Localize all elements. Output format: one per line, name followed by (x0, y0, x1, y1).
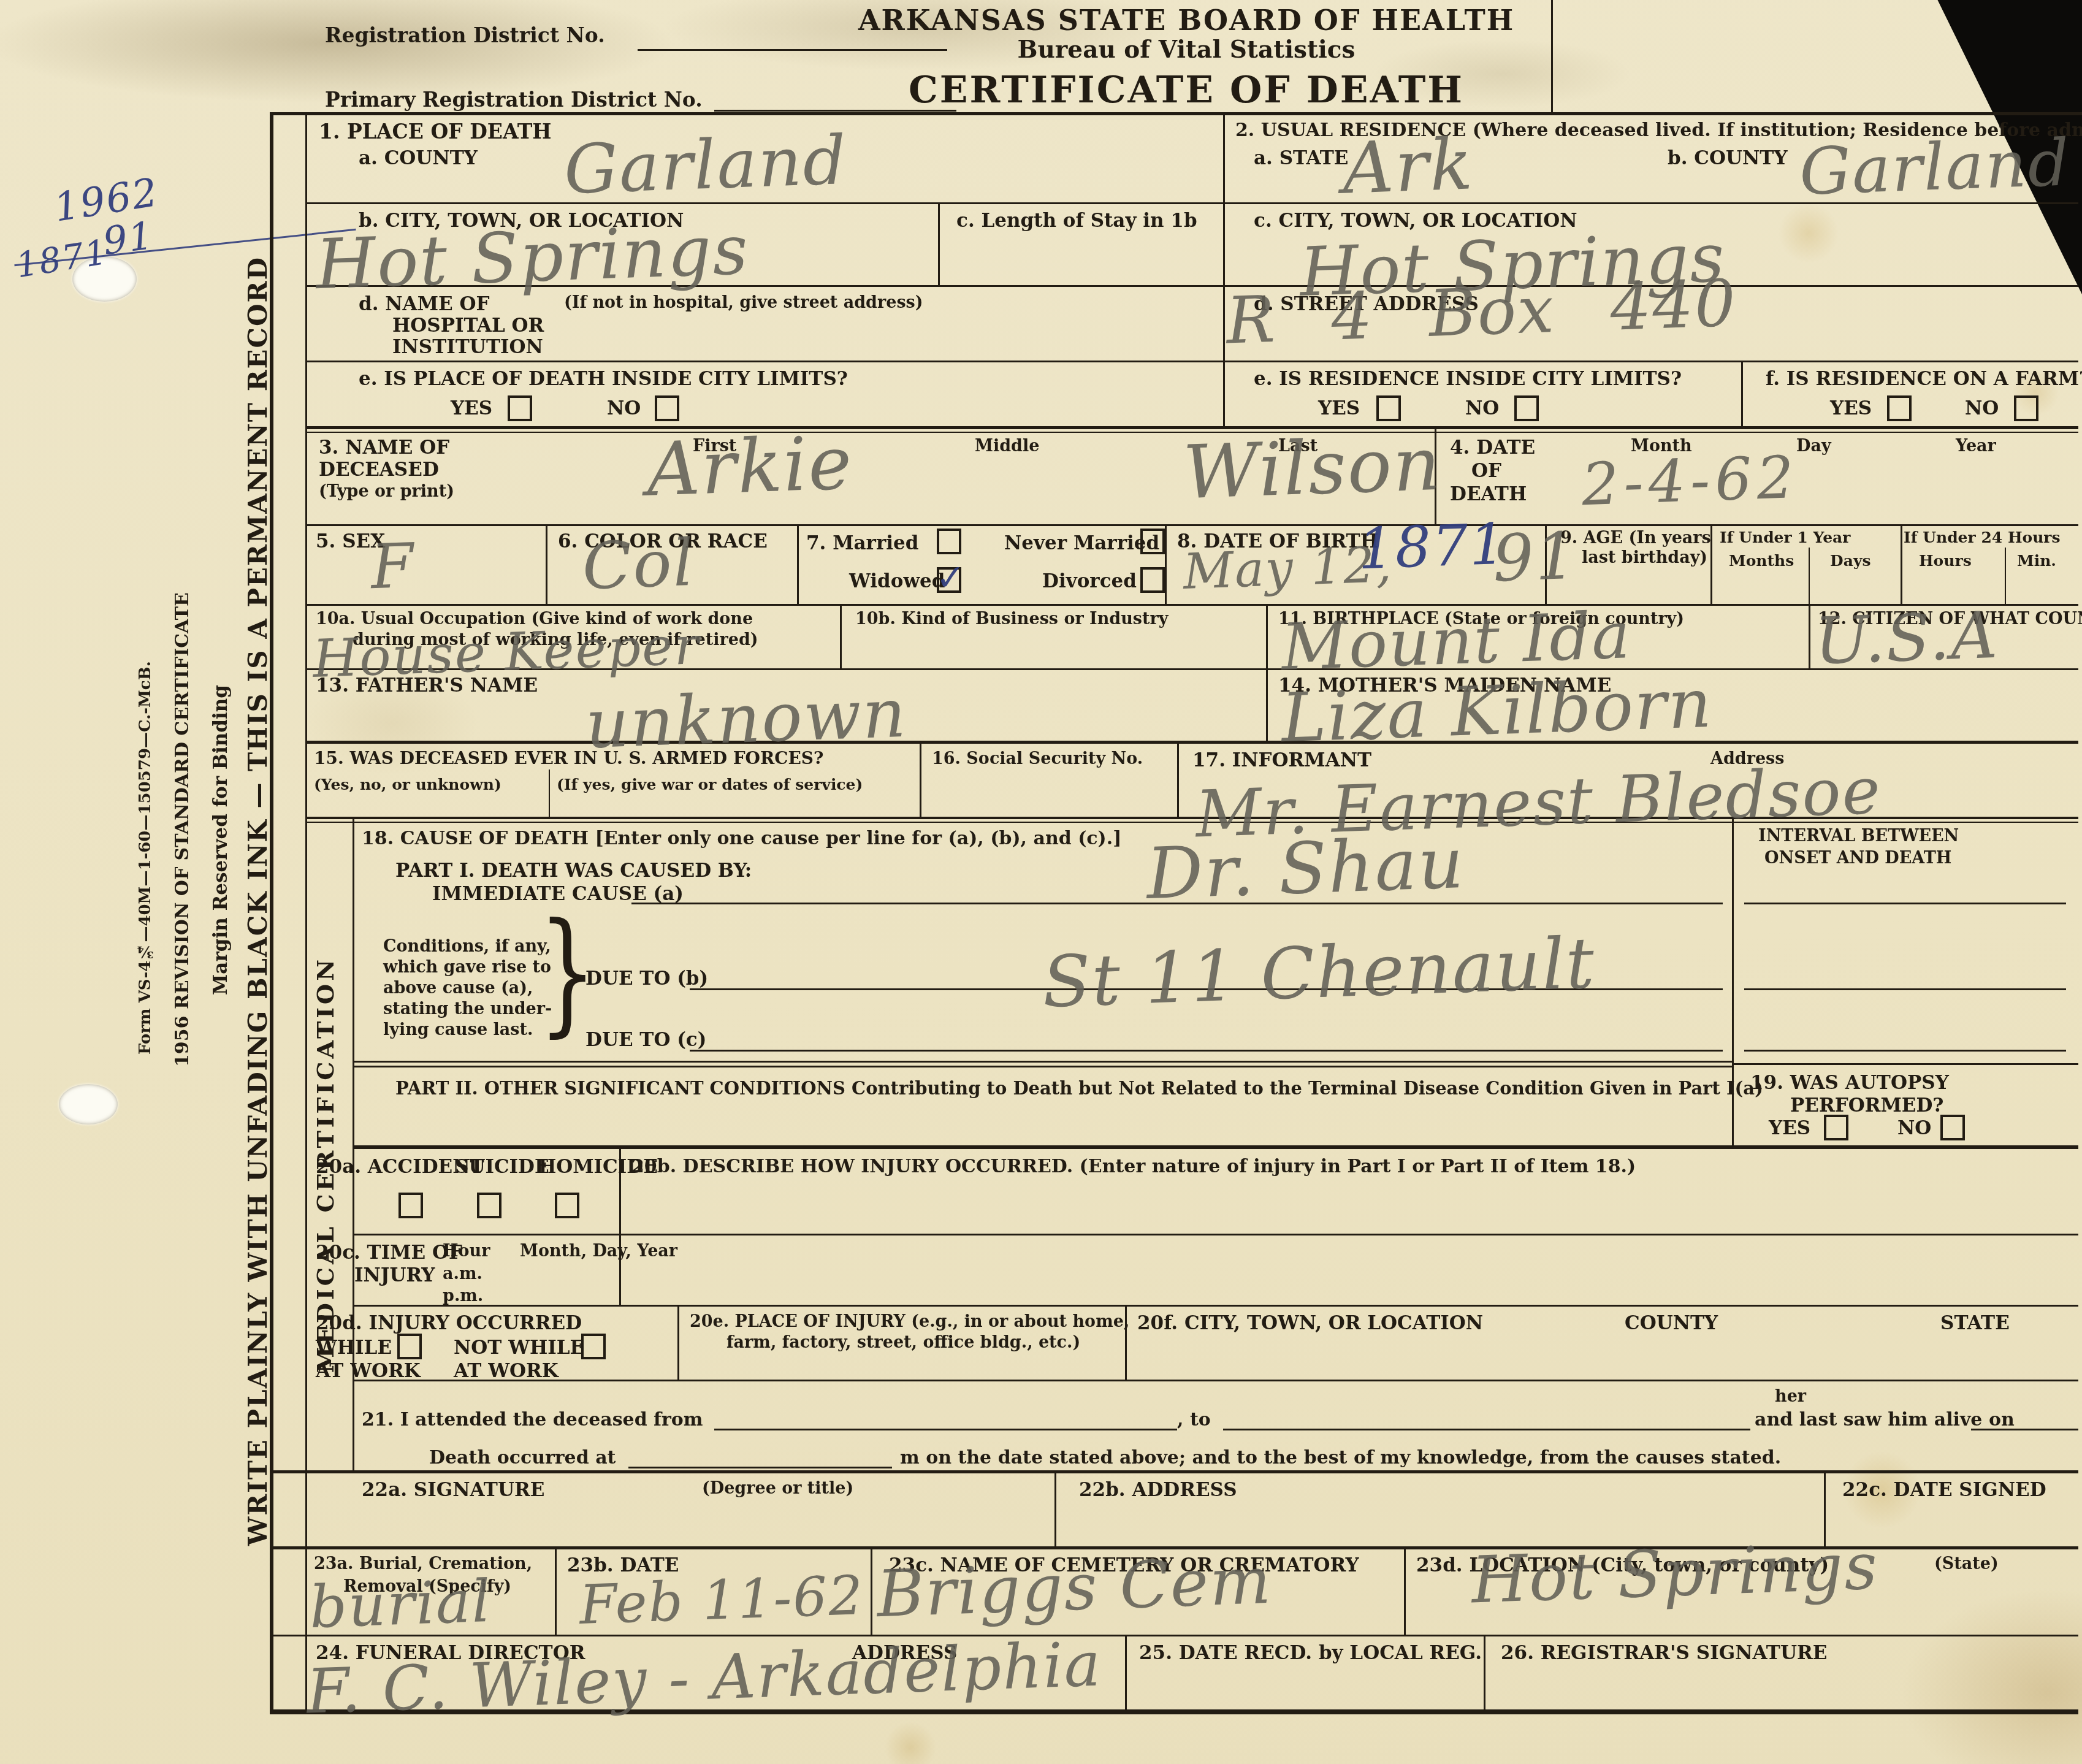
month-day-year-label: Month, Day, Year (520, 1242, 677, 1261)
death-city-limits-label: e. IS PLACE OF DEATH INSIDE CITY LIMITS? (359, 368, 848, 390)
autopsy-no: NO (1897, 1117, 1931, 1139)
rule-row21 (353, 1380, 2078, 1381)
while-label: WHILE (316, 1337, 392, 1359)
residence-state-value: Ark (1341, 123, 1475, 210)
city-town-value: Hot Springs (315, 210, 750, 305)
married-label: 7. Married (806, 532, 918, 554)
autopsy-yes: YES (1769, 1117, 1810, 1139)
date-signed-label: 22c. DATE SIGNED (1842, 1479, 2046, 1501)
not-while-label: NOT WHILE (454, 1337, 584, 1359)
first-name-value: Arkie (646, 421, 855, 513)
attended-label: 21. I attended the deceased from (362, 1409, 703, 1430)
age-label-2: last birthday) (1582, 548, 1707, 567)
due-to-c-label: DUE TO (c) (585, 1029, 706, 1051)
name-of-deceased-label-3: (Type or print) (319, 482, 454, 501)
while-at-work-checkbox (397, 1334, 422, 1359)
autopsy-no-checkbox (1940, 1115, 1965, 1140)
v-2e-2f (1741, 361, 1743, 429)
v-s5-s6 (546, 524, 547, 604)
place-of-death-label: 1. PLACE OF DEATH (319, 120, 551, 143)
burial-value: burial (308, 1568, 492, 1641)
not-while-at-work-checkbox (581, 1334, 606, 1359)
county-value: Garland (563, 121, 848, 209)
v-20d-20e (677, 1305, 679, 1380)
death-occurred-blank (628, 1467, 892, 1468)
autopsy-label-1: 19. WAS AUTOPSY (1750, 1072, 1949, 1094)
md-address-label: 22b. ADDRESS (1079, 1479, 1237, 1501)
rule-row5 (307, 604, 2078, 606)
date-of-birth-value-ink: 1871 (1357, 511, 1508, 582)
homicide-checkbox (555, 1193, 579, 1218)
v-sec1-sec2 (1223, 112, 1225, 429)
form-top-border (270, 112, 2082, 115)
saw-alive-label: and last saw him alive on (1755, 1409, 2015, 1430)
v-11-12 (1809, 604, 1810, 668)
attended-from-blank (714, 1429, 1177, 1430)
divorced-label: Divorced (1042, 570, 1137, 592)
v-10b-11-13-14 (1266, 604, 1268, 741)
injury-occurred-label: 20d. INJURY OCCURRED (316, 1312, 582, 1334)
residence-city-limits-no-checkbox (1514, 395, 1539, 421)
age-label-1: 9. AGE (In years (1560, 529, 1711, 548)
rule-row1e-a (307, 426, 2078, 429)
time-of-injury-label-2: INJURY (354, 1264, 435, 1286)
widowed-label: Widowed (849, 570, 945, 592)
form-left-border-outer (270, 112, 273, 1714)
middle-name-label: Middle (975, 437, 1039, 456)
never-married-label: Never Married (1004, 532, 1159, 554)
injury-city-label: 20f. CITY, TOWN, OR LOCATION (1137, 1312, 1483, 1334)
conditions-label-2: which gave rise to (383, 958, 551, 977)
date-of-death-label-3: DEATH (1450, 483, 1527, 505)
v-s7-s8 (1165, 524, 1167, 604)
cause-of-death-label: 18. CAUSE OF DEATH [Enter only one cause… (362, 828, 1121, 849)
rule-row22 (270, 1470, 2078, 1473)
header-divider (1551, 0, 1553, 112)
residence-city-limits-yes: YES (1318, 397, 1360, 419)
due-to-b-label: DUE TO (b) (585, 968, 708, 990)
married-checkbox (937, 529, 961, 554)
sex-value: F (370, 530, 416, 603)
pm-label: p.m. (443, 1286, 483, 1305)
divorced-checkbox (1140, 567, 1165, 593)
cause-handwriting-1: Dr. Shau (1145, 822, 1466, 915)
min-label: Min. (2017, 552, 2056, 570)
conditions-label-1: Conditions, if any, (383, 937, 551, 956)
primary-reg-district-label: Primary Registration District No. (325, 88, 703, 112)
residence-county-label: b. COUNTY (1668, 147, 1788, 169)
at-work-label-1: AT WORK (316, 1360, 421, 1382)
v-23a-23b (555, 1546, 557, 1635)
hour-label: Hour (443, 1242, 490, 1261)
v-10a-10b (840, 604, 842, 668)
v-hours-min (2005, 548, 2006, 604)
residence-city-limits-label: e. IS RESIDENCE INSIDE CITY LIMITS? (1254, 368, 1682, 390)
v-22a-22b (1054, 1470, 1056, 1546)
v-23b-23c (871, 1546, 872, 1635)
interval-b-blank (1744, 988, 2066, 990)
v-23c-23d (1404, 1546, 1406, 1635)
rule-row1d (307, 361, 2078, 362)
length-of-stay-label: c. Length of Stay in 1b (956, 210, 1197, 232)
signature-label: 22a. SIGNATURE (362, 1479, 544, 1501)
burial-location-value: Hot Springs (1470, 1529, 1880, 1617)
interval-label-2: ONSET AND DEATH (1764, 849, 1951, 868)
residence-state-label: a. STATE (1254, 147, 1349, 169)
residence-farm-label: f. IS RESIDENCE ON A FARM? (1766, 368, 2082, 390)
date-of-death-label-1: 4. DATE (1450, 437, 1535, 459)
date-stated-label: m on the date stated above; and to the b… (900, 1447, 1781, 1468)
time-of-injury-label-1: 20c. TIME OF (316, 1242, 462, 1264)
injury-county-label: COUNTY (1625, 1312, 1718, 1334)
date-received-label: 25. DATE RECD. by LOCAL REG. (1139, 1642, 1482, 1664)
death-occurred-label: Death occurred at (429, 1447, 616, 1468)
year-label: Year (1956, 437, 1996, 456)
bureau-subtitle: Bureau of Vital Statistics (822, 36, 1551, 64)
name-of-deceased-label-2: DECEASED (319, 459, 439, 481)
interval-label-1: INTERVAL BETWEEN (1758, 827, 1959, 846)
residence-city-limits-yes-checkbox (1376, 395, 1401, 421)
rule-row20d (353, 1305, 2078, 1307)
residence-farm-yes-checkbox (1887, 395, 1912, 421)
cemetery-value: Briggs Cem (875, 1543, 1273, 1632)
color-race-value: Col (581, 525, 696, 604)
part1-label: PART I. DEATH WAS CAUSED BY: (395, 860, 752, 882)
autopsy-label-2: PERFORMED? (1790, 1094, 1943, 1117)
permanent-record-vertical-label: WRITE PLAINLY WITH UNFADING BLACK INK — … (243, 221, 273, 1582)
v-s6-s7 (797, 524, 799, 604)
suicide-checkbox (477, 1193, 501, 1218)
hospital-name-label-2: HOSPITAL OR (392, 315, 544, 337)
place-of-injury-label-1: 20e. PLACE OF INJURY (e.g., in or about … (690, 1312, 1129, 1331)
name-of-deceased-label-1: 3. NAME OF (319, 437, 449, 459)
v-16-17 (1177, 741, 1179, 817)
v-15-sub (549, 769, 550, 817)
v-15-16 (920, 741, 921, 817)
death-city-limits-no: NO (607, 397, 641, 419)
residence-farm-no: NO (1965, 397, 1999, 419)
part2-label: PART II. OTHER SIGNIFICANT CONDITIONS Co… (395, 1078, 1763, 1099)
date-of-death-label-2: OF (1471, 460, 1501, 482)
death-city-limits-no-checkbox (655, 395, 679, 421)
board-title: ARKANSAS STATE BOARD OF HEALTH (822, 4, 1551, 37)
degree-title-label: (Degree or title) (702, 1479, 853, 1498)
attended-to-label: , to (1177, 1409, 1211, 1430)
rule-part2-a (353, 1061, 1732, 1063)
suicide-label: SUICIDE (455, 1156, 549, 1178)
hospital-name-label-1: d. NAME OF (359, 293, 489, 315)
hospital-note-label: (If not in hospital, give street address… (564, 293, 923, 312)
v-25-26 (1484, 1635, 1485, 1709)
rule-row24 (270, 1635, 2078, 1636)
armed-forces-note-2: (If yes, give war or dates of service) (557, 776, 863, 793)
her-annotation: her (1775, 1387, 1806, 1406)
business-industry-label: 10b. Kind of Business or Industry (855, 609, 1168, 628)
registrar-signature-label: 26. REGISTRAR'S SIGNATURE (1501, 1642, 1827, 1664)
ssn-label: 16. Social Security No. (932, 749, 1143, 768)
rule-row13 (307, 741, 2078, 744)
death-city-limits-yes: YES (451, 397, 492, 419)
residence-city-limits-no: NO (1465, 397, 1499, 419)
revision-vertical-label: 1956 REVISION OF STANDARD CERTIFICATE (172, 601, 193, 1067)
months-label: Months (1729, 552, 1794, 570)
at-work-label-2: AT WORK (454, 1360, 559, 1382)
residence-farm-yes: YES (1830, 397, 1872, 419)
never-married-checkbox (1140, 529, 1165, 554)
place-of-injury-label-2: farm, factory, street, office bldg., etc… (726, 1333, 1080, 1352)
hospital-name-label-3: INSTITUTION (392, 336, 543, 358)
form-number-vertical-label: Form VS-4¾—40M—1-60—150579—C.-McB. (136, 662, 154, 1055)
accident-checkbox (398, 1193, 423, 1218)
citizen-value: U.S.A (1813, 598, 2000, 679)
burial-date-value: Feb 11-62 (578, 1564, 865, 1636)
armed-forces-label: 15. WAS DECEASED EVER IN U. S. ARMED FOR… (314, 748, 823, 768)
form-left-border-inner (305, 112, 307, 1714)
burial-state-label: (State) (1934, 1554, 1999, 1573)
reg-district-label: Registration District No. (325, 23, 605, 47)
hole-punch-bottom (59, 1084, 118, 1124)
under-1-year-label: If Under 1 Year (1720, 529, 1850, 546)
mothers-maiden-name-value: Liza Kilborn (1280, 664, 1714, 757)
interval-c-blank (1744, 1050, 2066, 1052)
v-u1y-u24 (1901, 524, 1902, 604)
binding-vertical-label: Margin Reserved for Binding (210, 650, 232, 1030)
rule-row20c (353, 1234, 2078, 1235)
armed-forces-note-1: (Yes, no, or unknown) (314, 776, 501, 793)
widowed-checkmark: ✓ (935, 556, 967, 599)
fathers-name-label: 13. FATHER'S NAME (316, 674, 538, 697)
v-months-days (1809, 548, 1810, 604)
county-label: a. COUNTY (359, 147, 478, 169)
injury-state-label: STATE (1940, 1312, 2010, 1334)
days-label: Days (1830, 552, 1870, 570)
conditions-label-4: stating the under- (383, 999, 552, 1018)
cause-handwriting-2: St 11 Chenault (1041, 922, 1596, 1023)
conditions-label-3: above cause (a), (383, 979, 533, 998)
cause-c-blank (690, 1050, 1723, 1052)
hours-label: Hours (1919, 552, 1972, 570)
residence-county-value: Garland (1798, 125, 2072, 209)
attended-to-blank (1223, 1429, 1750, 1430)
age-value: 91 (1492, 519, 1579, 597)
interval-a-blank (1744, 903, 2066, 904)
rule-row3 (307, 524, 2078, 526)
am-label: a.m. (443, 1264, 482, 1283)
conditions-label-5: lying cause last. (383, 1020, 533, 1039)
informant-label: 17. INFORMANT (1192, 749, 1371, 771)
certificate-title: CERTIFICATE OF DEATH (822, 69, 1551, 112)
last-name-value: Wilson (1182, 422, 1443, 516)
day-label: Day (1796, 437, 1831, 456)
under-24-hours-label: If Under 24 Hours (1904, 529, 2061, 546)
death-city-limits-yes-checkbox (508, 395, 532, 421)
rule-autopsy-top (1732, 1063, 2078, 1065)
death-certificate-scan: Form VS-4¾—40M—1-60—150579—C.-McB. 1956 … (0, 0, 2082, 1764)
rule-row20-top (353, 1145, 2078, 1149)
v-24-25 (1125, 1635, 1127, 1709)
rule-part2-b (353, 1066, 1732, 1067)
autopsy-yes-checkbox (1824, 1115, 1848, 1140)
describe-injury-label: 20b. DESCRIBE HOW INJURY OCCURRED. (Ente… (631, 1156, 1636, 1177)
date-of-death-value: 2-4-62 (1581, 444, 1800, 519)
residence-farm-no-checkbox (2014, 395, 2038, 421)
v-1b-1c (938, 202, 940, 285)
